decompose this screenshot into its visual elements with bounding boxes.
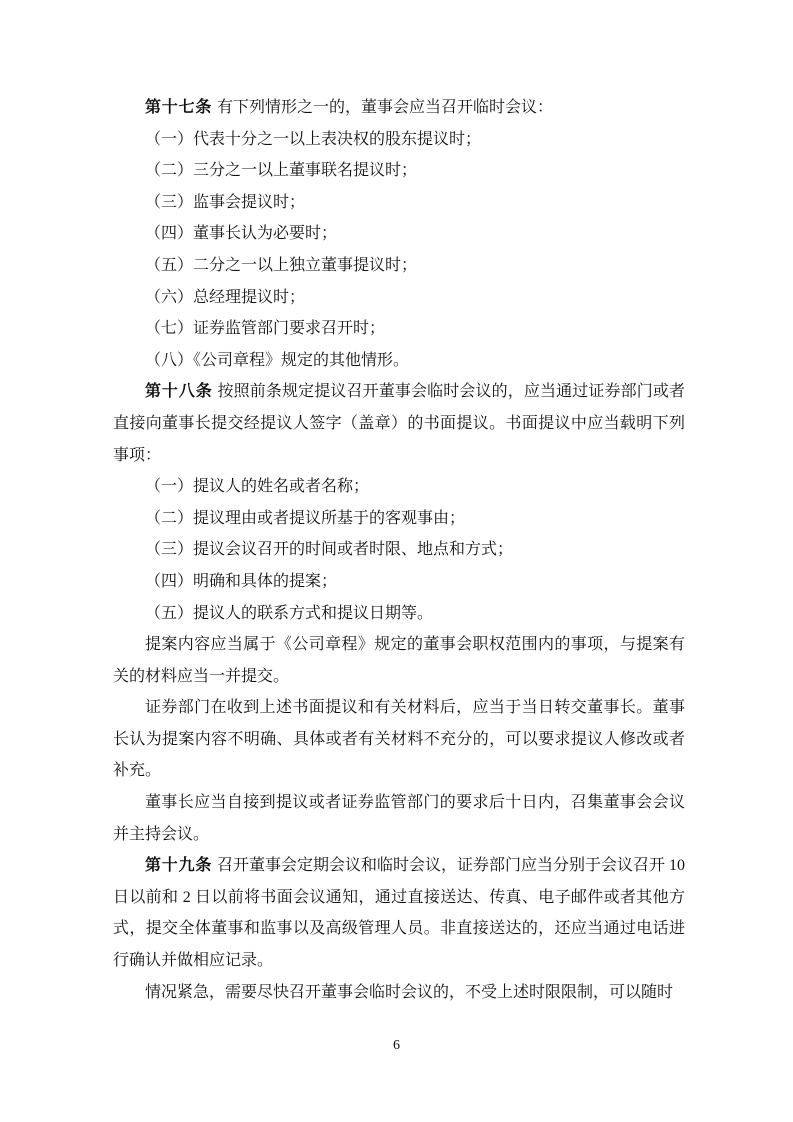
list-item: （二）三分之一以上董事联名提议时； — [113, 155, 685, 187]
body-paragraph: 情况紧急，需要尽快召开董事会临时会议的，不受上述时限限制，可以随时 — [113, 977, 685, 1009]
list-item: （一）代表十分之一以上表决权的股东提议时； — [113, 124, 685, 156]
body-paragraph: 提案内容应当属于《公司章程》规定的董事会职权范围内的事项，与提案有关的材料应当一… — [113, 629, 685, 692]
article-number-19: 第十九条 — [145, 857, 212, 874]
article-paragraph-17: 第十七条有下列情形之一的，董事会应当召开临时会议： — [113, 92, 685, 124]
list-item: （三）监事会提议时； — [113, 187, 685, 219]
list-item: （六）总经理提议时； — [113, 282, 685, 314]
paragraph-text: 有下列情形之一的，董事会应当召开临时会议： — [217, 99, 553, 116]
document-body: 第十七条有下列情形之一的，董事会应当召开临时会议： （一）代表十分之一以上表决权… — [113, 92, 685, 1008]
document-page: 第十七条有下列情形之一的，董事会应当召开临时会议： （一）代表十分之一以上表决权… — [0, 0, 793, 1122]
list-item: （三）提议会议召开的时间或者时限、地点和方式； — [113, 534, 685, 566]
body-paragraph: 董事长应当自接到提议或者证券监管部门的要求后十日内，召集董事会会议并主持会议。 — [113, 787, 685, 850]
article-number-17: 第十七条 — [145, 99, 212, 116]
list-item: （一）提议人的姓名或者名称； — [113, 471, 685, 503]
article-paragraph-18: 第十八条按照前条规定提议召开董事会临时会议的，应当通过证券部门或者直接向董事长提… — [113, 376, 685, 471]
list-item: （五）提议人的联系方式和提议日期等。 — [113, 598, 685, 630]
page-number: 6 — [0, 1036, 793, 1056]
body-paragraph: 证券部门在收到上述书面提议和有关材料后，应当于当日转交董事长。董事长认为提案内容… — [113, 692, 685, 787]
article-number-18: 第十八条 — [145, 383, 213, 400]
list-item: （七）证券监管部门要求召开时； — [113, 313, 685, 345]
list-item: （二）提议理由或者提议所基于的客观事由； — [113, 503, 685, 535]
paragraph-text: 召开董事会定期会议和临时会议，证券部门应当分别于会议召开 10 日以前和 2 日… — [113, 857, 685, 969]
list-item: （八）《公司章程》规定的其他情形。 — [113, 345, 685, 377]
article-paragraph-19: 第十九条召开董事会定期会议和临时会议，证券部门应当分别于会议召开 10 日以前和… — [113, 850, 685, 976]
list-item: （五）二分之一以上独立董事提议时； — [113, 250, 685, 282]
list-item: （四）董事长认为必要时； — [113, 218, 685, 250]
list-item: （四）明确和具体的提案； — [113, 566, 685, 598]
